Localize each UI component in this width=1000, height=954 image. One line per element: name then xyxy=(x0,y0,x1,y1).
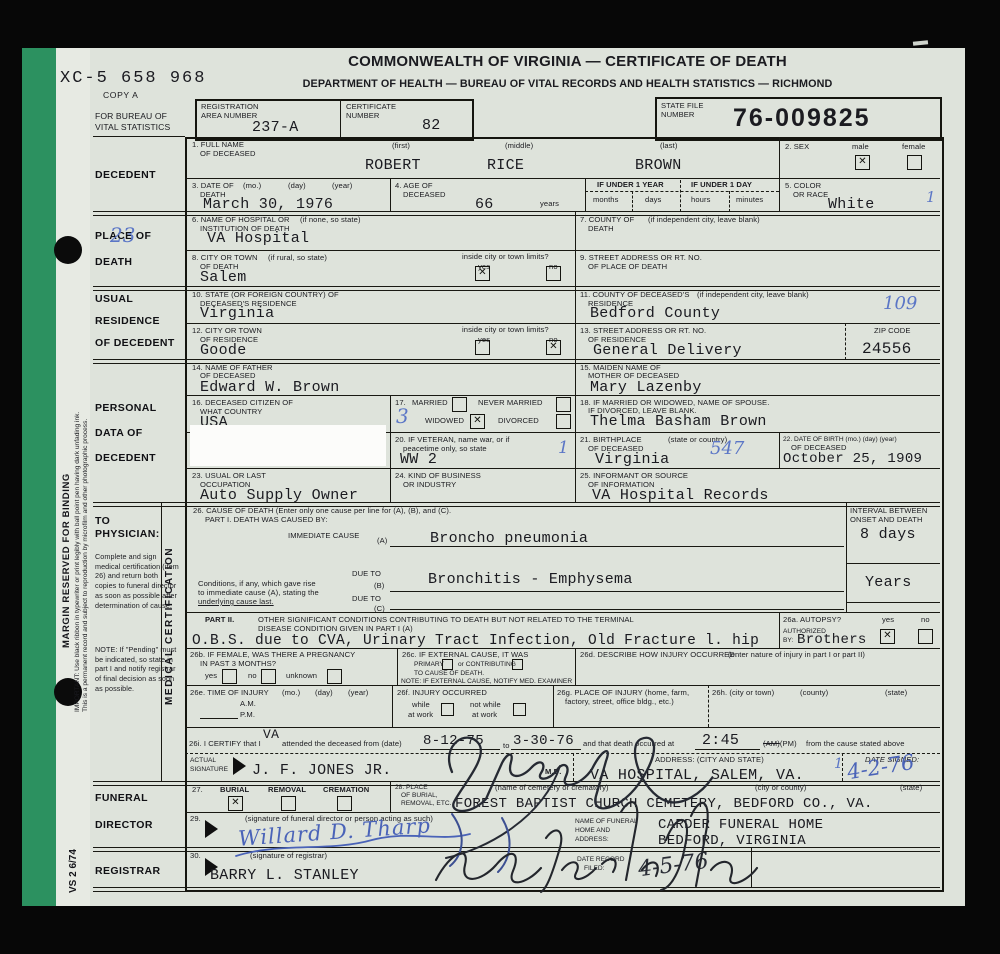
part2-value: O.B.S. due to CVA, Urinary Tract Infecti… xyxy=(192,634,759,649)
field26a-label: 26a. AUTOPSY? xyxy=(783,616,841,625)
divorced-label: DIVORCED xyxy=(498,417,539,426)
removal-label: REMOVAL xyxy=(268,786,306,795)
minutes-label: minutes xyxy=(736,196,763,205)
zip-code-value: 24556 xyxy=(862,341,912,357)
part2-label-1: PART II. xyxy=(205,616,234,625)
birthplace-value: Virginia xyxy=(595,452,669,467)
contributing-checkbox xyxy=(512,659,523,670)
field26b-label2: IN PAST 3 MONTHS? xyxy=(200,660,276,669)
death-certificate-scan: MARGIN RESERVED FOR BINDING IMPORTANT: U… xyxy=(0,0,1000,954)
certificate-title: COMMONWEALTH OF VIRGINIA — CERTIFICATE O… xyxy=(195,53,940,70)
residence-limits-no-checkbox: ✕ xyxy=(546,340,561,355)
to-physician-note: NOTE: If "Pending" must be indicated, so… xyxy=(95,645,179,694)
hospital-value: VA Hospital xyxy=(207,231,309,246)
field26d-label: 26d. DESCRIBE HOW INJURY OCCURRED. xyxy=(580,651,737,660)
sex-male-checkbox: ✕ xyxy=(855,155,870,170)
scan-artifact xyxy=(913,40,928,46)
registration-area-label-2: AREA NUMBER xyxy=(201,112,257,121)
margin-important-line2: This is a permanent record and subject t… xyxy=(82,412,90,712)
field26h-label: 26h. (city or town) xyxy=(712,689,774,698)
cause-b-label: (B) xyxy=(374,582,384,591)
annotation-address: 1 xyxy=(834,757,843,771)
annotation-marital: 3 xyxy=(396,406,409,426)
burial-label: BURIAL xyxy=(220,786,249,795)
place-of-burial-value: FOREST BAPTIST CHURCH CEMETERY, BEDFORD … xyxy=(455,797,873,811)
serial-number: XC-5 658 968 xyxy=(60,70,206,87)
md-label: M.D. xyxy=(545,768,561,777)
funeral-home-name-value: CARDER FUNERAL HOME xyxy=(658,818,823,832)
time-of-death-value: 2:45 xyxy=(702,733,739,748)
never-married-checkbox xyxy=(556,397,571,412)
physician-address-value: VA HOSPITAL, SALEM, VA. xyxy=(590,768,804,783)
registrar-typed-name: BARRY L. STANLEY xyxy=(210,868,359,883)
actual-label: ACTUAL xyxy=(190,757,216,765)
field8-hint: (if rural, so state) xyxy=(268,254,327,263)
while-label-1: while xyxy=(412,701,430,710)
authorized-by-value: Brothers xyxy=(797,633,867,647)
autopsy-yes-label: yes xyxy=(882,616,894,625)
pregnancy-yes-checkbox xyxy=(222,669,237,684)
field28-header-1: (name of cemetery or crematory) xyxy=(495,784,609,793)
father-name-value: Edward W. Brown xyxy=(200,380,340,395)
date-filed-label-1: DATE RECORD xyxy=(577,856,625,864)
name-middle-value: RICE xyxy=(487,158,524,173)
field26-part1-label: PART I. DEATH WAS CAUSED BY: xyxy=(205,516,328,525)
certify-label-2: attended the deceased from (date) xyxy=(282,740,402,749)
field26g-label2: factory, street, office bldg., etc.) xyxy=(565,698,674,707)
field2-label: 2. SEX xyxy=(785,143,809,152)
age-value: 66 xyxy=(475,197,494,212)
registration-box-divider xyxy=(340,99,341,137)
binding-band xyxy=(22,48,56,906)
to-physician-label-2: PHYSICIAN: xyxy=(95,529,160,540)
interval-header-2: ONSET AND DEATH xyxy=(850,516,923,525)
signature-label: SIGNATURE xyxy=(190,766,228,774)
death-limits-yes-checkbox: ✕ xyxy=(475,266,490,281)
section-label-personal-1: PERSONAL xyxy=(95,403,157,414)
removal-checkbox xyxy=(281,796,296,811)
not-while-at-work-checkbox xyxy=(513,703,526,716)
certificate-number-value: 82 xyxy=(422,118,441,133)
section-label-personal-3: DECEDENT xyxy=(95,453,156,464)
mother-name-value: Mary Lazenby xyxy=(590,380,702,395)
address-label: ADDRESS: (CITY AND STATE) xyxy=(655,756,764,765)
field3-header-mo: (mo.) xyxy=(243,182,261,191)
pm-kept: (PM) xyxy=(780,739,797,748)
married-checkbox xyxy=(452,397,467,412)
field26d-hint: (enter nature of injury in part I or par… xyxy=(728,651,865,660)
field28-header-3: (state) xyxy=(900,784,922,793)
pregnancy-no-checkbox xyxy=(261,669,276,684)
pregnancy-yes-label: yes xyxy=(205,672,217,681)
residence-state-value: Virginia xyxy=(200,306,274,321)
occupation-value: Auto Supply Owner xyxy=(200,488,358,503)
under-1-day-header: IF UNDER 1 DAY xyxy=(691,181,752,190)
certify-va-overtype: VA xyxy=(263,728,279,741)
spouse-name-value: Thelma Basham Brown xyxy=(590,414,767,429)
to-physician-instructions: Complete and sign medical certification … xyxy=(95,552,179,610)
annotation-county: 109 xyxy=(883,295,917,313)
margin-important-line1: IMPORTANT: Use black ribbon in typewrite… xyxy=(74,412,82,712)
funeral-signature-arrow-icon xyxy=(205,820,218,838)
sex-male-label: male xyxy=(852,143,869,152)
interval-b-value: Years xyxy=(865,575,912,590)
pm-label: P.M. xyxy=(240,711,255,720)
registration-area-value: 237-A xyxy=(252,120,299,135)
contributing-label: or CONTRIBUTING xyxy=(458,661,516,669)
field26e-h-day: (day) xyxy=(315,689,333,698)
residence-county-value: Bedford County xyxy=(590,306,720,321)
pregnancy-no-label: no xyxy=(248,672,257,681)
field1-header-middle: (middle) xyxy=(505,142,533,151)
zip-code-label: ZIP CODE xyxy=(874,327,911,336)
cremation-checkbox xyxy=(337,796,352,811)
field26f-label: 26f. INJURY OCCURRED xyxy=(397,689,487,698)
while-label-2: at work xyxy=(408,711,433,720)
field28-label-1: 28. PLACE xyxy=(395,784,428,792)
conditions-note-3: underlying cause last. xyxy=(198,598,274,607)
date-of-death-value: March 30, 1976 xyxy=(203,197,333,212)
not-while-label-2: at work xyxy=(472,711,497,720)
residence-limits-yes-checkbox xyxy=(475,340,490,355)
field29-label: 29. xyxy=(190,815,201,824)
redaction-box xyxy=(190,425,386,466)
am-struck: (AM) xyxy=(763,739,780,748)
field26e-h-year: (year) xyxy=(348,689,368,698)
date-of-birth-value: October 25, 1909 xyxy=(783,452,922,466)
to-cause-label: TO CAUSE OF DEATH. xyxy=(414,670,484,678)
section-label-usual-3: OF DECEDENT xyxy=(95,338,175,349)
field26h-state: (state) xyxy=(885,689,907,698)
autopsy-no-label: no xyxy=(921,616,930,625)
annotation-place: 23 xyxy=(110,225,135,245)
section-label-personal-2: DATA OF xyxy=(95,428,143,439)
section-label-registrar: REGISTRAR xyxy=(95,866,160,877)
margin-binding-title: MARGIN RESERVED FOR BINDING xyxy=(61,473,72,648)
margin-important-note: IMPORTANT: Use black ribbon in typewrite… xyxy=(74,412,89,712)
name-first-value: ROBERT xyxy=(365,158,421,173)
interval-a-value: 8 days xyxy=(860,527,916,542)
section-label-funeral-2: DIRECTOR xyxy=(95,820,153,831)
section-label-decedent: DECEDENT xyxy=(95,170,156,181)
attended-from-date: 8-12-75 xyxy=(423,734,484,748)
funeral-home-label-1: NAME OF FUNERAL xyxy=(575,818,638,826)
field24-label2: OR INDUSTRY xyxy=(403,481,456,490)
cause-a-label: (A) xyxy=(377,537,387,546)
married-label: MARRIED xyxy=(412,399,448,408)
cause-c-label: (C) xyxy=(374,605,385,614)
pregnancy-unknown-label: unknown xyxy=(286,672,317,681)
cause-a-value: Broncho pneumonia xyxy=(430,531,588,546)
not-while-label-1: not while xyxy=(470,701,501,710)
field3-header-year: (year) xyxy=(332,182,352,191)
state-file-label-2: NUMBER xyxy=(661,111,695,120)
field12-limits-label: inside city or town limits? xyxy=(462,326,549,335)
field26e-label: 26e. TIME OF INJURY xyxy=(190,689,269,698)
state-file-number: 76-009825 xyxy=(733,104,871,133)
field28-label-2: OF BURIAL, xyxy=(401,792,438,800)
form-number: VS 2 6/74 xyxy=(68,849,79,893)
cause-b-value: Bronchitis - Emphysema xyxy=(428,572,633,587)
certify-to-label: to xyxy=(503,742,510,751)
field27-label: 27. xyxy=(192,786,203,795)
immediate-cause-label: IMMEDIATE CAUSE xyxy=(288,532,359,541)
field4-label2: DECEASED xyxy=(403,191,446,200)
punch-hole-top xyxy=(54,236,82,264)
primary-checkbox xyxy=(442,659,453,670)
burial-checkbox: ✕ xyxy=(228,796,243,811)
funeral-home-label-2: HOME AND xyxy=(575,827,610,835)
widowed-label: WIDOWED xyxy=(425,417,464,426)
bureau-label-2: VITAL STATISTICS xyxy=(95,123,170,133)
due-to-c-label: DUE TO xyxy=(352,595,381,604)
never-married-label: NEVER MARRIED xyxy=(478,399,543,408)
days-label: days xyxy=(645,196,661,205)
physician-typed-name: J. F. JONES JR. xyxy=(252,763,392,778)
field6-hint: (if none, so state) xyxy=(300,216,361,225)
under-1-year-header: IF UNDER 1 YEAR xyxy=(597,181,664,190)
authorized-label-2: BY: xyxy=(783,637,793,645)
field7-label2: DEATH xyxy=(588,225,614,234)
field1-label2: OF DECEASED xyxy=(200,150,256,159)
certificate-subtitle: DEPARTMENT OF HEALTH — BUREAU OF VITAL R… xyxy=(195,78,940,90)
primary-label: PRIMARY xyxy=(414,661,444,669)
field26e-h-mo: (mo.) xyxy=(282,689,300,698)
hours-label: hours xyxy=(691,196,711,205)
name-last-value: BROWN xyxy=(635,158,682,173)
divorced-checkbox xyxy=(556,414,571,429)
cremation-label: CREMATION xyxy=(323,786,369,795)
autopsy-yes-checkbox: ✕ xyxy=(880,629,895,644)
am-pm-label: (AM)(PM) xyxy=(763,740,797,749)
field9-label2: OF PLACE OF DEATH xyxy=(588,263,667,272)
external-cause-note: NOTE: IF EXTERNAL CAUSE, NOTIFY MED. EXA… xyxy=(401,678,572,686)
bureau-label-1: FOR BUREAU OF xyxy=(95,112,167,122)
signature-arrow-icon xyxy=(233,757,246,775)
field7-hint: (if independent city, leave blank) xyxy=(648,216,760,225)
due-to-b-label: DUE TO xyxy=(352,570,381,579)
field28-header-2: (city or county) xyxy=(755,784,806,793)
sex-female-label: female xyxy=(902,143,925,152)
while-at-work-checkbox xyxy=(441,703,454,716)
field1-header-last: (last) xyxy=(660,142,677,151)
pregnancy-unknown-checkbox xyxy=(327,669,342,684)
funeral-home-label-3: ADDRESS: xyxy=(575,836,609,844)
field26h-county: (county) xyxy=(800,689,828,698)
race-value: White xyxy=(828,197,875,212)
veteran-value: WW 2 xyxy=(400,452,437,467)
autopsy-no-checkbox xyxy=(918,629,933,644)
date-filed-label-2: FILED: xyxy=(584,865,605,873)
section-label-usual-2: RESIDENCE xyxy=(95,316,160,327)
annotation-birthplace: 547 xyxy=(710,440,744,458)
sex-female-checkbox xyxy=(907,155,922,170)
field26c-label: 26c. IF EXTERNAL CAUSE, IT WAS xyxy=(402,651,528,660)
field28-label-3: REMOVAL, ETC. xyxy=(401,800,451,808)
field30-hint: (signature of registrar) xyxy=(250,852,327,861)
rule xyxy=(93,136,185,137)
residence-city-value: Goode xyxy=(200,343,247,358)
annotation-race: 1 xyxy=(926,190,936,205)
certify-label-1: 26i. I CERTIFY that I xyxy=(189,740,261,749)
copy-label: COPY A xyxy=(103,91,138,101)
funeral-home-address-value: BEDFORD, VIRGINIA xyxy=(658,834,806,848)
certify-label-3: and that death occurred at xyxy=(583,740,674,749)
certificate-number-label-2: NUMBER xyxy=(346,112,380,121)
annotation-veteran: 1 xyxy=(558,440,569,457)
certify-label-4: from the cause stated above xyxy=(806,740,905,749)
section-label-funeral-1: FUNERAL xyxy=(95,793,148,804)
age-unit-label: years xyxy=(540,200,559,209)
informant-value: VA Hospital Records xyxy=(592,488,769,503)
field30-label: 30. xyxy=(190,852,201,861)
field11-hint: (if independent city, leave blank) xyxy=(697,291,809,300)
section-label-usual-1: USUAL xyxy=(95,294,133,305)
residence-street-value: General Delivery xyxy=(593,343,742,358)
months-label: months xyxy=(593,196,619,205)
attended-to-date: 3-30-76 xyxy=(513,734,574,748)
field5-label2: OR RACE xyxy=(793,191,828,200)
city-of-death-value: Salem xyxy=(200,270,247,285)
field8-limits-label: inside city or town limits? xyxy=(462,253,549,262)
death-limits-no-checkbox xyxy=(546,266,561,281)
field3-header-day: (day) xyxy=(288,182,306,191)
field1-header-first: (first) xyxy=(392,142,410,151)
am-label: A.M. xyxy=(240,700,256,709)
section-label-place-2: DEATH xyxy=(95,257,132,268)
widowed-checkbox: ✕ xyxy=(470,414,485,429)
to-physician-label-1: TO xyxy=(95,516,110,527)
